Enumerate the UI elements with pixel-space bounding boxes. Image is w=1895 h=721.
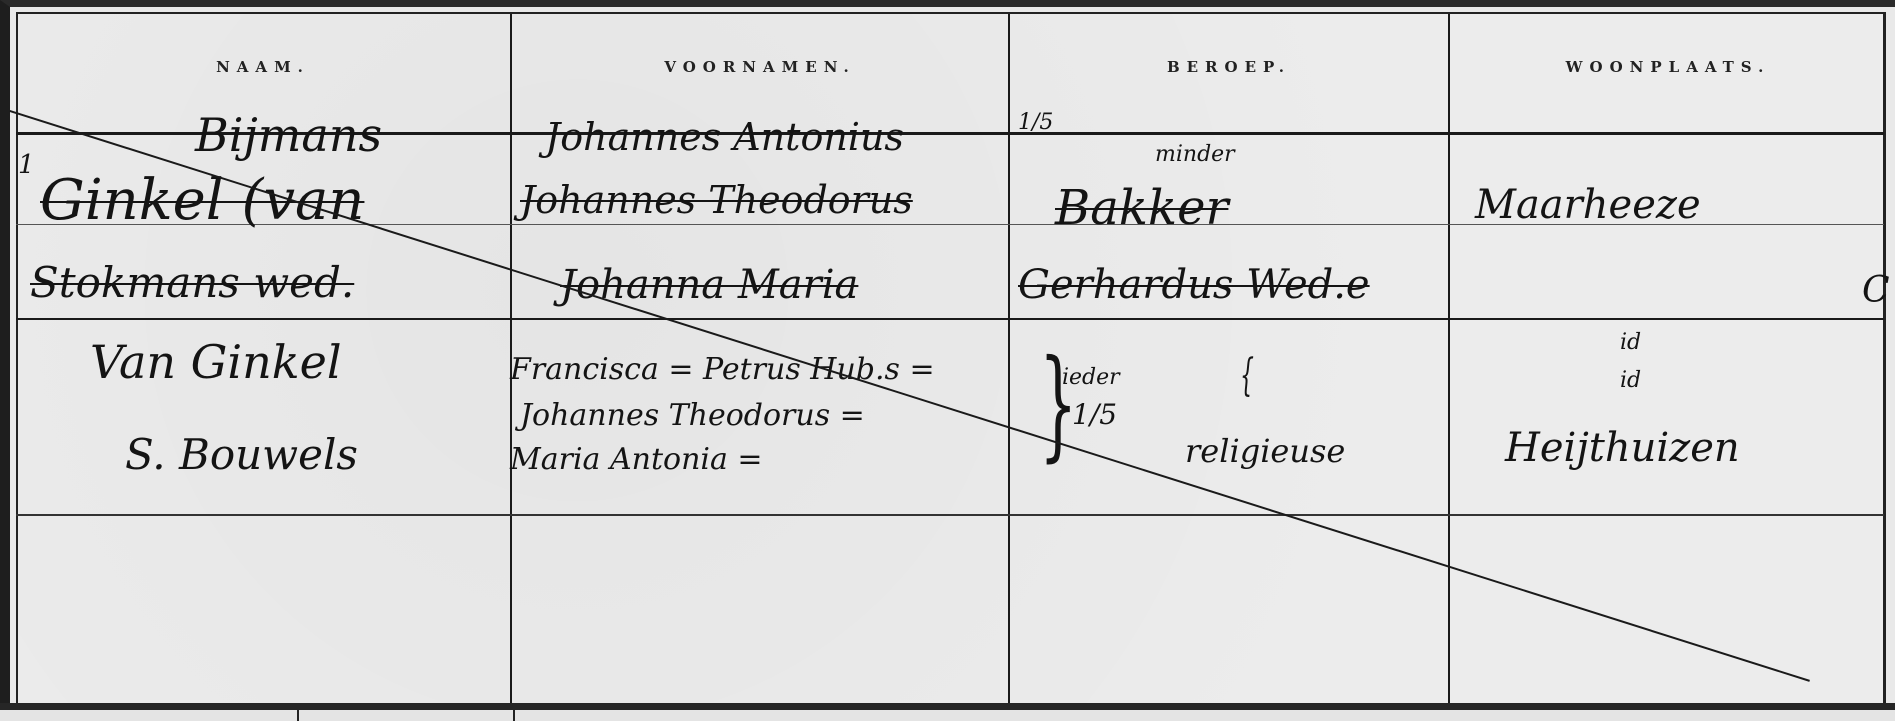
margin-mark: C — [1862, 270, 1890, 311]
beroep-correction-above: minder — [1155, 142, 1235, 167]
beroep-entry-1: Bakker — [1055, 180, 1228, 236]
woonplaats-entry-3-line-1: id — [1620, 330, 1641, 355]
header-beroep: BEROEP. — [1010, 58, 1448, 76]
woonplaats-entry-3-line-3: Heijthuizen — [1505, 425, 1740, 471]
row-rule-2 — [16, 318, 1884, 320]
naam-entry-2: Stokmans wed. — [30, 258, 354, 307]
next-section-strip — [0, 710, 1895, 721]
naam-entry-3-line-1: Van Ginkel — [90, 335, 342, 389]
next-section-divider-1 — [297, 710, 299, 721]
header-voornamen: VOORNAMEN. — [512, 58, 1008, 76]
brace-note: ieder — [1062, 365, 1120, 390]
column-divider-beroep-woonplaats — [1448, 14, 1450, 704]
beroep-ditto-mark: { — [1240, 350, 1254, 401]
beroep-entry-2: Gerhardus Wed.e — [1018, 262, 1370, 308]
voornamen-entry-3-line-3: Maria Antonia = — [510, 442, 763, 477]
fraction-mark: 1/5 — [1018, 110, 1053, 135]
row-marker: 1 — [18, 150, 35, 180]
voornamen-entry-1: Johannes Theodorus — [520, 178, 913, 222]
woonplaats-entry-1: Maarheeze — [1475, 182, 1701, 228]
naam-correction-above: Bijmans — [195, 108, 382, 162]
next-section-divider-2 — [513, 710, 515, 721]
voornamen-correction-above: Johannes Antonius — [545, 115, 904, 159]
row-rule-3 — [16, 514, 1884, 516]
brace-fraction: 1/5 — [1072, 398, 1117, 431]
woonplaats-entry-3-line-2: id — [1620, 368, 1641, 393]
naam-entry-3-line-2: S. Bouwels — [125, 430, 358, 479]
naam-entry-1: Ginkel (van — [40, 168, 364, 233]
voornamen-entry-3-line-2: Johannes Theodorus = — [520, 398, 865, 433]
voornamen-entry-2: Johanna Maria — [560, 262, 858, 308]
header-woonplaats: WOONPLAATS. — [1450, 58, 1886, 76]
header-naam: NAAM. — [16, 58, 510, 76]
beroep-entry-3: religieuse — [1185, 432, 1345, 470]
column-divider-voornamen-beroep — [1008, 14, 1010, 704]
bottom-border — [0, 703, 1895, 710]
